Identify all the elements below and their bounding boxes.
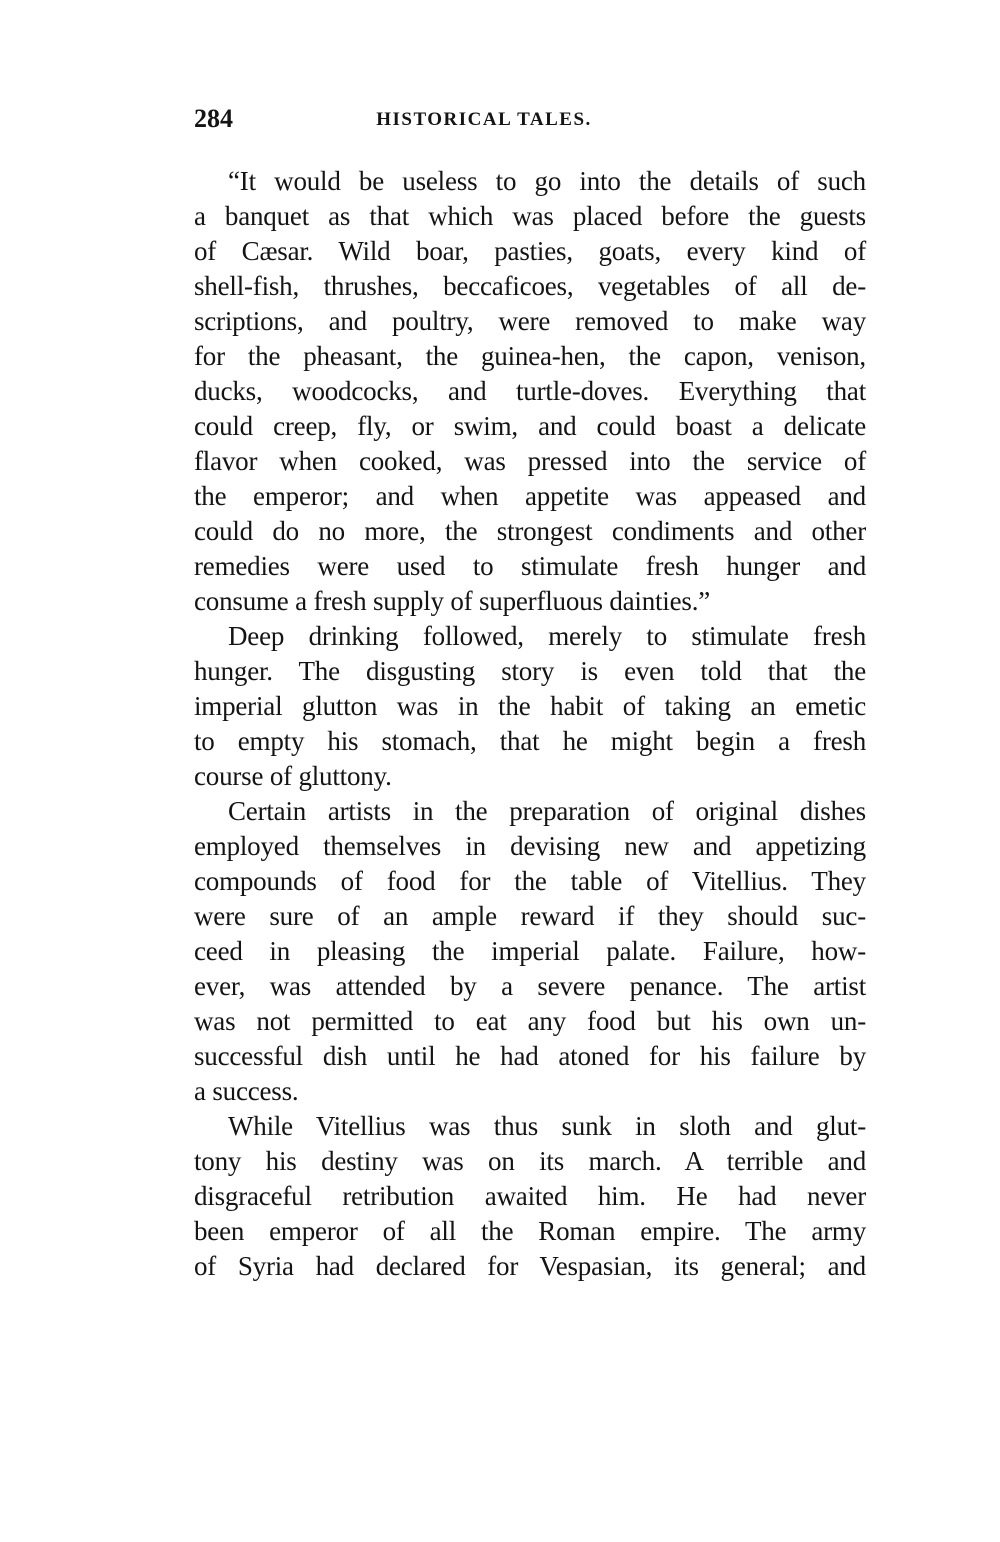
text-line: ducks, woodcocks, and turtle-doves. Ever… [194,374,866,409]
text-line: to empty his stomach, that he might begi… [194,724,866,759]
text-line: were sure of an ample reward if they sho… [194,899,866,934]
text-line: disgraceful retribution awaited him. He … [194,1179,866,1214]
text-line: hunger. The disgusting story is even tol… [194,654,866,689]
text-line: of Cæsar. Wild boar, pasties, goats, eve… [194,234,866,269]
text-line: ever, was attended by a severe penance. … [194,969,866,1004]
text-line: compounds of food for the table of Vitel… [194,864,866,899]
text-line: shell-fish, thrushes, beccaficoes, veget… [194,269,866,304]
text-line: was not permitted to eat any food but hi… [194,1004,866,1039]
text-line: While Vitellius was thus sunk in sloth a… [194,1109,866,1144]
text-line: course of gluttony. [194,759,866,794]
text-line: flavor when cooked, was pressed into the… [194,444,866,479]
text-line: tony his destiny was on its march. A ter… [194,1144,866,1179]
text-line: for the pheasant, the guinea-hen, the ca… [194,339,866,374]
text-line: ceed in pleasing the imperial palate. Fa… [194,934,866,969]
text-line: been emperor of all the Roman empire. Th… [194,1214,866,1249]
text-line: a success. [194,1074,866,1109]
paragraph-deep-drinking: Deep drinking followed, merely to stimul… [194,619,866,794]
text-line: Certain artists in the preparation of or… [194,794,866,829]
text-line: the emperor; and when appetite was appea… [194,479,866,514]
text-line: employed themselves in devising new and … [194,829,866,864]
text-line: “It would be useless to go into the deta… [194,164,866,199]
text-line: of Syria had declared for Vespasian, its… [194,1249,866,1284]
text-line: consume a fresh supply of superfluous da… [194,584,866,619]
text-line: scriptions, and poultry, were removed to… [194,304,866,339]
text-line: remedies were used to stimulate fresh hu… [194,549,866,584]
running-head: 284 HISTORICAL TALES. [194,104,866,134]
text-line: successful dish until he had atoned for … [194,1039,866,1074]
paragraph-vitellius-destiny: While Vitellius was thus sunk in sloth a… [194,1109,866,1284]
paragraph-certain-artists: Certain artists in the preparation of or… [194,794,866,1109]
paragraph-quote-banquet: “It would be useless to go into the deta… [194,164,866,619]
text-line: a banquet as that which was placed befor… [194,199,866,234]
body-text: “It would be useless to go into the deta… [194,164,866,1284]
text-line: could do no more, the strongest condimen… [194,514,866,549]
text-line: could creep, fly, or swim, and could boa… [194,409,866,444]
running-title: HISTORICAL TALES. [284,109,684,131]
text-line: imperial glutton was in the habit of tak… [194,689,866,724]
page-number: 284 [194,104,233,134]
text-line: Deep drinking followed, merely to stimul… [194,619,866,654]
